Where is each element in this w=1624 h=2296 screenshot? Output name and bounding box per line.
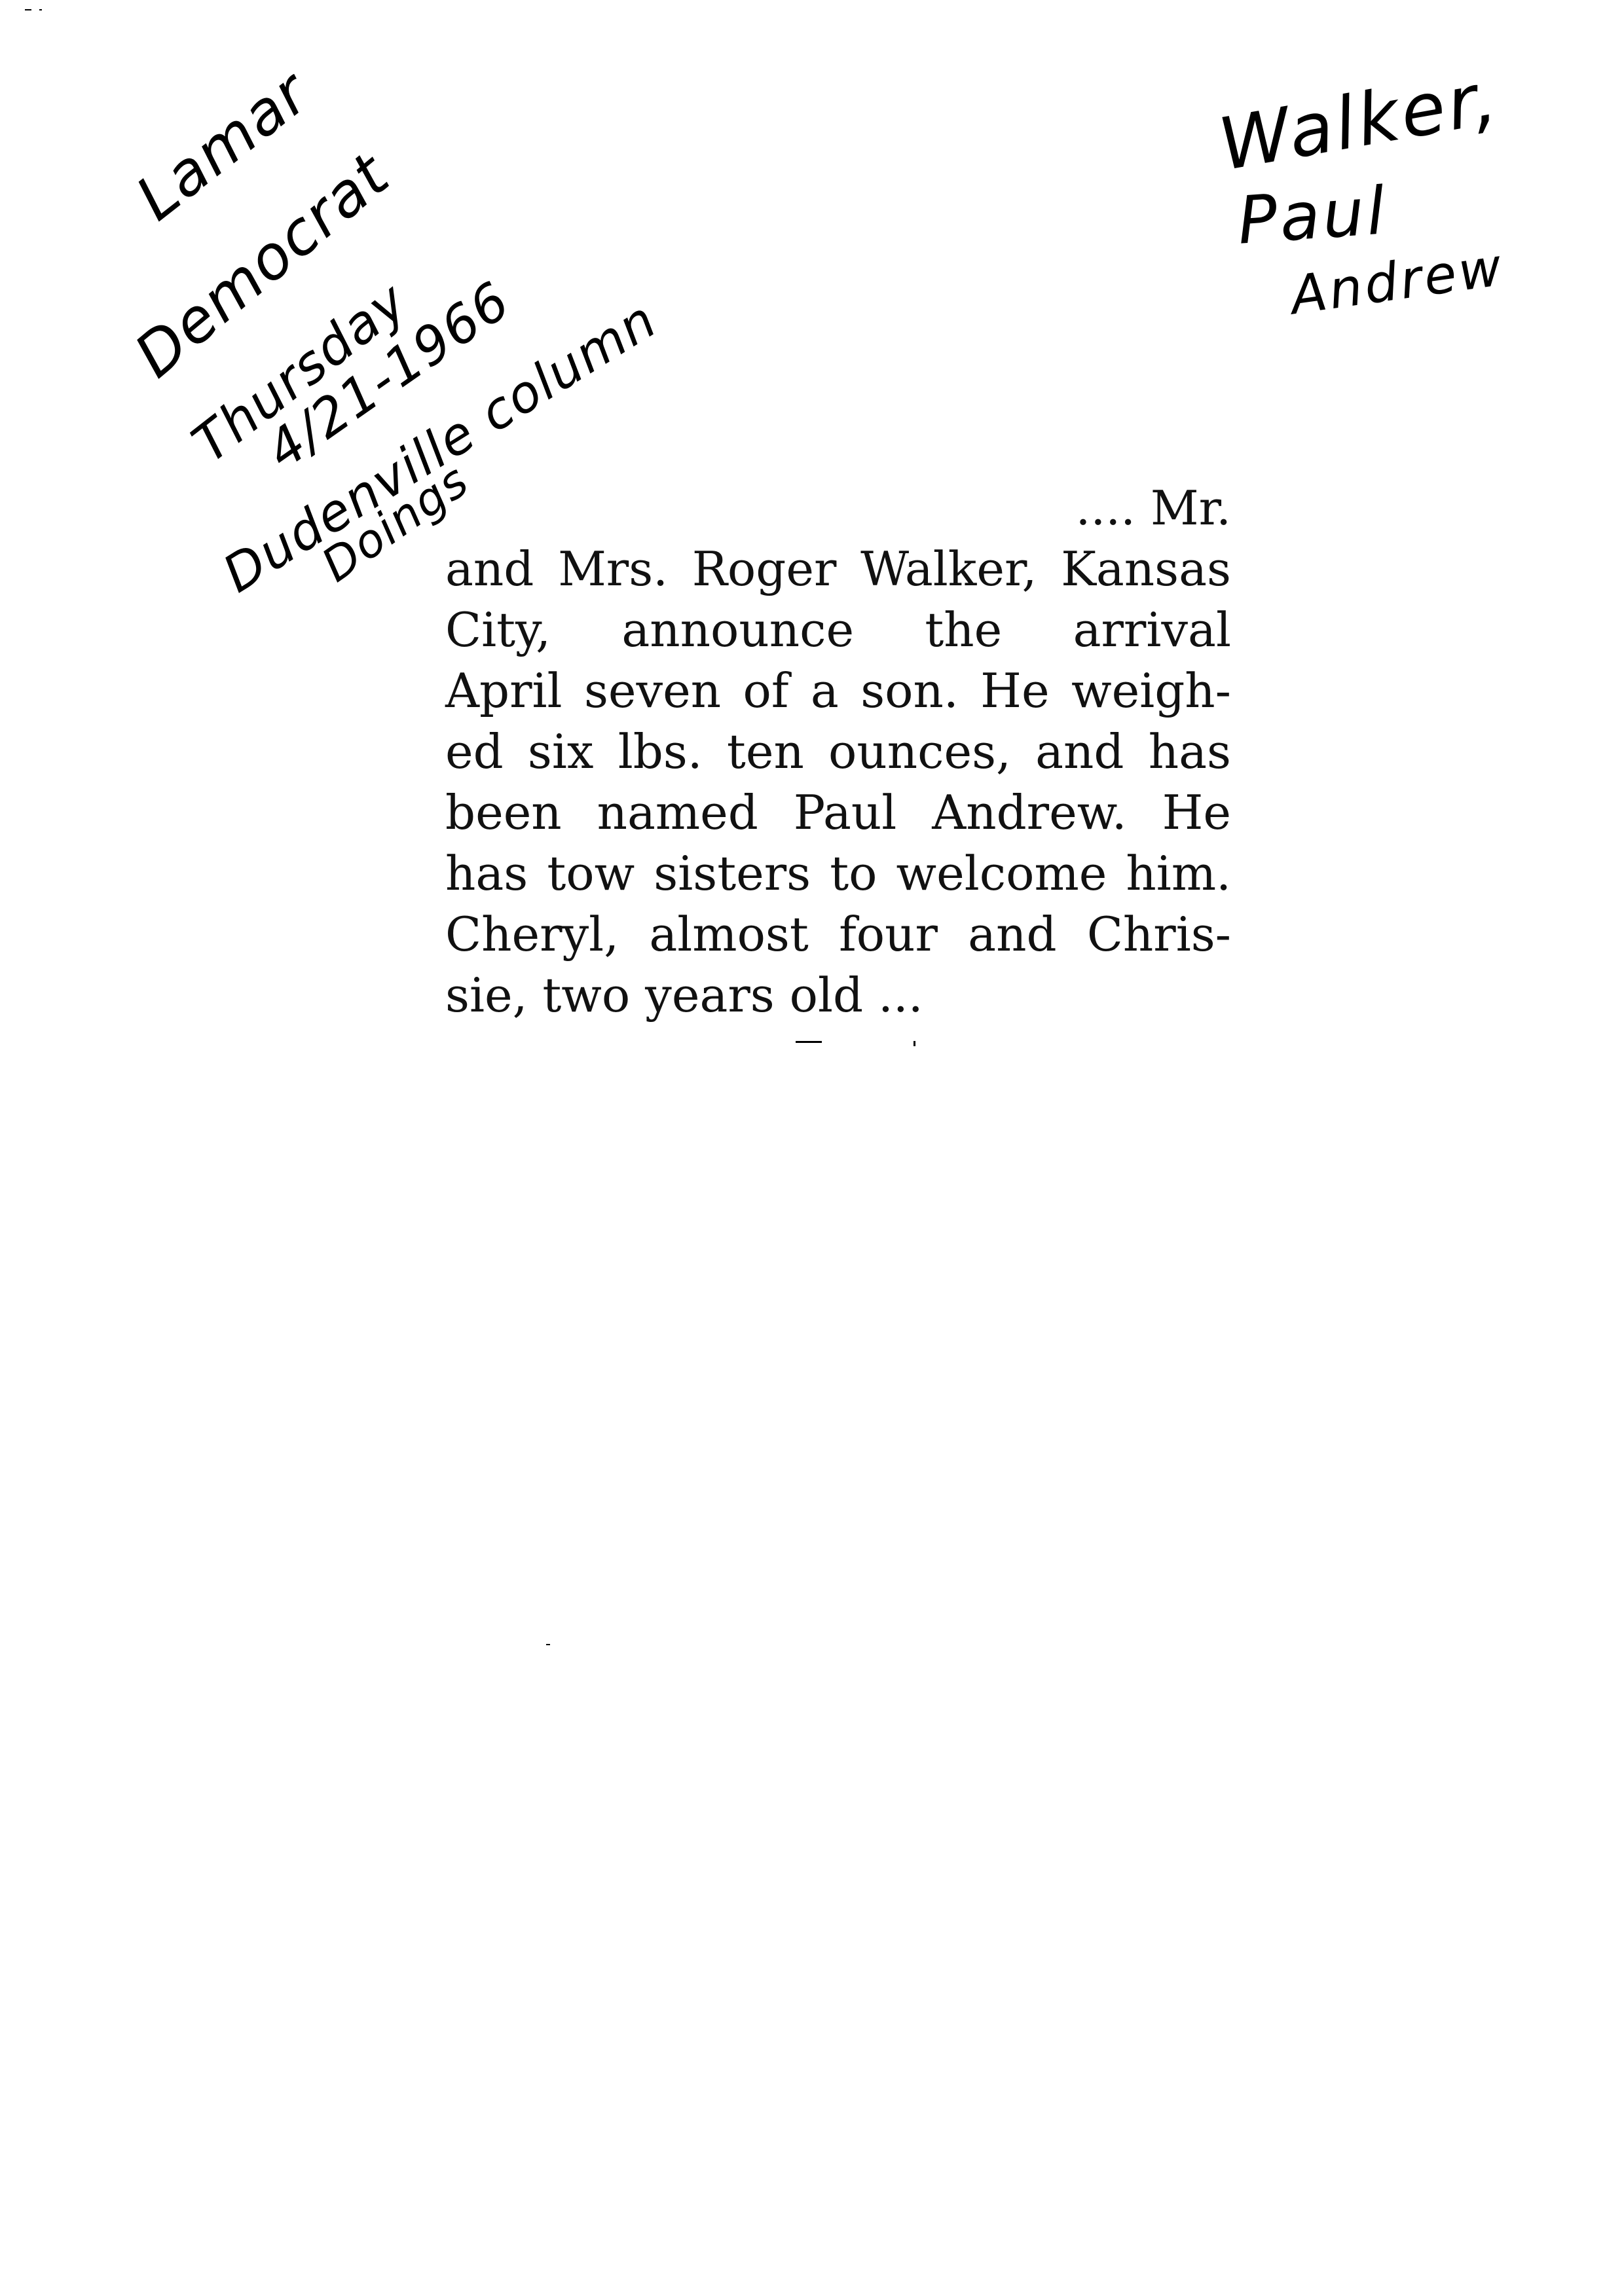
scan-artifact [796, 1041, 822, 1043]
clipping-line: Cheryl, almost four and Chris- [445, 904, 1231, 965]
handwritten-name-note: Walker, Paul Andrew [1192, 72, 1585, 347]
clipping-line: has tow sisters to welcome him. [445, 843, 1231, 904]
newspaper-clipping: .... Mr. and Mrs. Roger Walker, Kansas C… [445, 478, 1231, 1026]
scan-artifact [39, 9, 42, 10]
handwritten-first-name: Paul [1236, 178, 1390, 254]
scan-artifact [546, 1644, 550, 1645]
handwritten-surname: Walker, [1214, 61, 1504, 181]
clipping-line: .... Mr. [445, 478, 1231, 539]
clipping-line: and Mrs. Roger Walker, Kansas [445, 539, 1231, 600]
scan-artifact [913, 1041, 915, 1046]
clipping-line: ed six lbs. ten ounces, and has [445, 721, 1231, 782]
scan-artifact [25, 9, 31, 10]
clipping-line: been named Paul Andrew. He [445, 782, 1231, 843]
clipping-line: April seven of a son. He weigh- [445, 661, 1231, 721]
clipping-line: sie, two years old ... [445, 965, 1231, 1026]
clipping-line: City, announce the arrival [445, 600, 1231, 661]
